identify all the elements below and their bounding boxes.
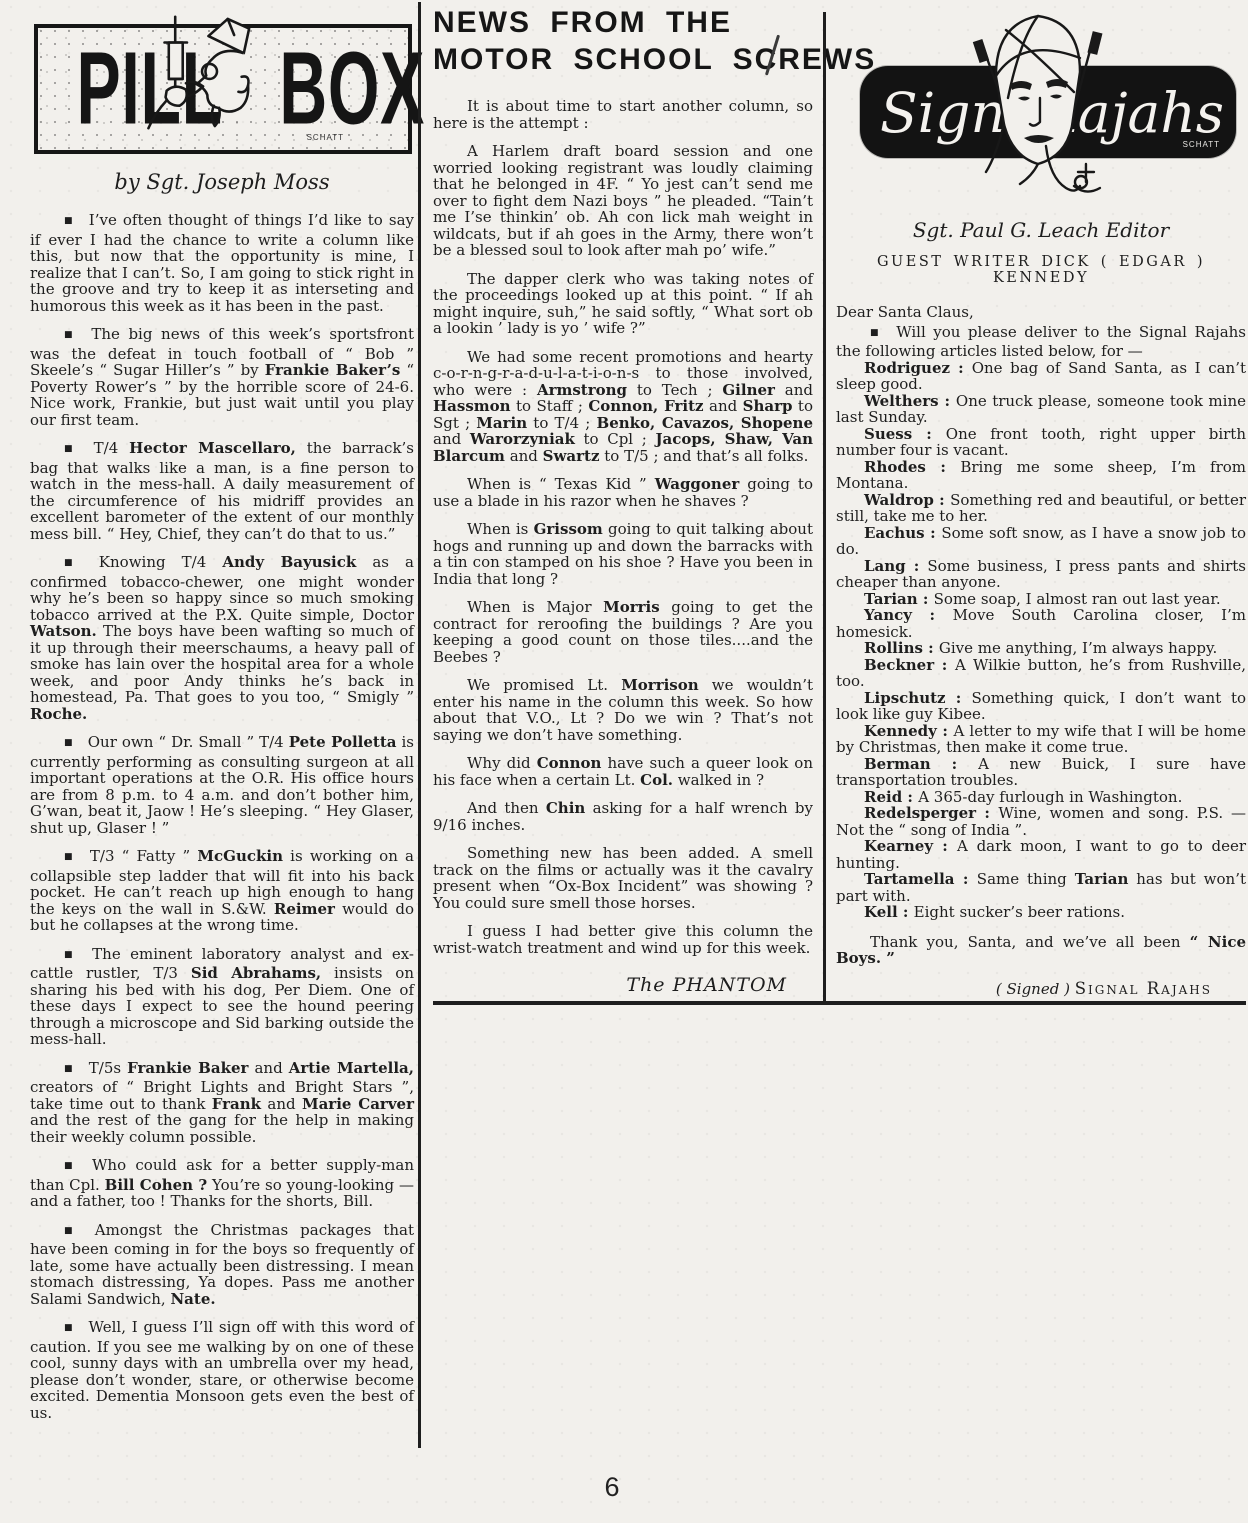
square-bullet: ■ (64, 1161, 77, 1171)
pill-box-paragraph: ■Knowing T/4 Andy Bayusick as a confirme… (30, 554, 414, 722)
wish-name: Welthers (864, 392, 939, 410)
wish-name: Tarian (864, 590, 918, 608)
wish-name: Lang (864, 557, 906, 575)
phantom-signature: The PHANTOM (433, 974, 813, 996)
motor-school-paragraph: I guess I had better give this column th… (433, 923, 813, 956)
artist-signature: Schatt (307, 133, 344, 142)
bottom-rule (433, 1001, 1246, 1005)
column-divider-left (418, 2, 421, 1448)
wish-separator: : (950, 359, 972, 377)
wish-name: Tartamella (864, 870, 955, 888)
paragraph-text: T/3 “ Fatty ” McGuckin is working on a c… (30, 847, 414, 934)
wish-name: Kell (864, 903, 898, 921)
paragraph-text: Amongst the Christmas packages that have… (30, 1221, 414, 1308)
guest-writer-line: GUEST WRITER DICK ( EDGAR ) KENNEDY (836, 254, 1246, 286)
wish-item: Tartamella : Same thing Tarian has but w… (836, 871, 1246, 904)
editor-byline: Sgt. Paul G. Leach Editor (836, 218, 1246, 242)
wish-name: Rhodes (864, 458, 926, 476)
paragraph-text: I guess I had better give this column th… (433, 922, 813, 957)
motor-school-paragraph-list: It is about time to start another column… (433, 98, 813, 956)
wish-name: Rodriguez (864, 359, 950, 377)
wish-name: Suess (864, 425, 912, 443)
closing-paragraph: Thank you, Santa, and we’ve all been “ N… (836, 934, 1246, 967)
wish-separator: : (939, 392, 956, 410)
wish-separator: : (898, 903, 914, 921)
wish-item: Kennedy : A letter to my wife that I wil… (836, 723, 1246, 756)
wish-separator: : (955, 870, 977, 888)
pill-box-paragraph: ■T/3 “ Fatty ” McGuckin is working on a … (30, 848, 414, 934)
paragraph-text: A Harlem draft board session and one wor… (433, 142, 813, 259)
paragraph-text: The big news of this week’s sportsfront … (30, 325, 414, 429)
wish-item: Tarian : Some soap, I almost ran out las… (836, 591, 1246, 608)
salutation: Dear Santa Claus, (836, 304, 1246, 321)
column-divider-right (823, 12, 826, 1002)
wish-text: Give me anything, I’m always happy. (939, 639, 1217, 657)
wish-separator: : (931, 755, 979, 773)
wish-name: Yancy (864, 606, 912, 624)
wish-name: Eachus (864, 524, 925, 542)
paragraph-text: It is about time to start another column… (433, 97, 813, 132)
pill-box-column: PILL BOX Schatt (30, 0, 414, 1433)
wish-separator: : (934, 491, 950, 509)
wish-item: Rodriguez : One bag of Sand Santa, as I … (836, 360, 1246, 393)
motor-school-paragraph: When is Major Morris going to get the co… (433, 599, 813, 665)
wish-item: Suess : One front tooth, right upper bir… (836, 426, 1246, 459)
wish-text: Some soap, I almost ran out last year. (934, 590, 1221, 608)
paragraph-text: Something new has been added. A smell tr… (433, 844, 813, 912)
wish-separator: : (933, 837, 957, 855)
wish-separator: : (946, 689, 972, 707)
newsletter-page: PILL BOX Schatt (0, 0, 1248, 1523)
wish-separator: : (925, 524, 942, 542)
motor-school-paragraph: Why did Connon have such a queer look on… (433, 755, 813, 788)
medic-with-syringe-illustration (142, 14, 292, 150)
square-bullet: ■ (870, 328, 881, 338)
wish-name: Berman (864, 755, 931, 773)
wish-item: Beckner : A Wilkie button, he’s from Rus… (836, 657, 1246, 690)
motor-school-paragraph: The dapper clerk who was taking notes of… (433, 271, 813, 337)
pill-box-paragraph: ■T/5s Frankie Baker and Artie Martella, … (30, 1060, 414, 1146)
signal-rajahs-banner: Signal Rajahs Schatt (836, 4, 1246, 208)
square-bullet: ■ (64, 738, 73, 748)
wish-item: Redelsperger : Wine, women and song. P.S… (836, 805, 1246, 838)
wish-item: Waldrop : Something red and beautiful, o… (836, 492, 1246, 525)
wish-item: Lipschutz : Something quick, I don’t wan… (836, 690, 1246, 723)
square-bullet: ■ (64, 852, 75, 862)
wish-name: Beckner (864, 656, 934, 674)
motor-school-title: NEWS FROM THE MOTOR SCHOOL SCREWS (433, 4, 813, 78)
intro-paragraph: ■Will you please deliver to the Signal R… (836, 324, 1246, 360)
pill-box-paragraph: ■Amongst the Christmas packages that hav… (30, 1222, 414, 1308)
wish-separator: : (976, 804, 998, 822)
paragraph-text: Who could ask for a better supply-man th… (30, 1156, 414, 1210)
signed-label: ( Signed ) (996, 980, 1070, 998)
pill-box-byline: by Sgt. Joseph Moss (30, 170, 414, 194)
intro-text: Will you please deliver to the Signal Ra… (836, 323, 1246, 361)
wish-name: Kearney (864, 837, 933, 855)
motor-school-paragraph: When is “ Texas Kid ” Waggoner going to … (433, 476, 813, 509)
pill-box-paragraph: ■Who could ask for a better supply-man t… (30, 1157, 414, 1210)
wish-item: Reid : A 365-day furlough in Washington. (836, 789, 1246, 806)
wish-separator: : (906, 557, 928, 575)
pill-box-paragraph: ■The eminent laboratory analyst and ex-c… (30, 946, 414, 1048)
pill-box-paragraph: ■The big news of this week’s sportsfront… (30, 326, 414, 428)
square-bullet: ■ (64, 558, 84, 568)
square-bullet: ■ (64, 1064, 74, 1074)
square-bullet: ■ (64, 950, 77, 960)
pill-box-banner: PILL BOX Schatt (34, 24, 412, 154)
wish-item: Welthers : One truck please, someone too… (836, 393, 1246, 426)
wish-separator: : (923, 639, 939, 657)
signal-rajahs-column: Signal Rajahs Schatt (836, 0, 1246, 998)
wish-separator: : (912, 606, 953, 624)
wish-name: Kennedy (864, 722, 937, 740)
paragraph-text: We had some recent promotions and hearty… (433, 348, 813, 465)
wish-separator: : (902, 788, 918, 806)
paragraph-text: The dapper clerk who was taking notes of… (433, 270, 813, 338)
wish-text: Eight sucker’s beer rations. (914, 903, 1125, 921)
pill-box-paragraph: ■Well, I guess I’ll sign off with this w… (30, 1319, 414, 1421)
pill-box-title-right: BOX (280, 37, 426, 140)
motor-school-paragraph: We promised Lt. Morrison we wouldn’t ent… (433, 677, 813, 743)
wish-item: Berman : A new Buick, I sure have transp… (836, 756, 1246, 789)
motor-school-paragraph: A Harlem draft board session and one wor… (433, 143, 813, 259)
wish-item: Eachus : Some soft snow, as I have a sno… (836, 525, 1246, 558)
wish-item: Lang : Some business, I press pants and … (836, 558, 1246, 591)
motor-school-column: NEWS FROM THE MOTOR SCHOOL SCREWS It is … (433, 0, 813, 996)
page-number: 6 (0, 1472, 1224, 1503)
pill-box-paragraph: ■I’ve often thought of things I’d like t… (30, 212, 414, 314)
wish-item: Kell : Eight sucker’s beer rations. (836, 904, 1246, 921)
wish-separator: : (937, 722, 954, 740)
wish-item: Kearney : A dark moon, I want to go to d… (836, 838, 1246, 871)
square-bullet: ■ (64, 1323, 74, 1333)
wish-text: A 365-day furlough in Washington. (918, 788, 1182, 806)
motor-school-paragraph: Something new has been added. A smell tr… (433, 845, 813, 911)
square-bullet: ■ (64, 444, 79, 454)
pill-box-paragraph-list: ■I’ve often thought of things I’d like t… (30, 212, 414, 1421)
paragraph-text: When is Major Morris going to get the co… (433, 598, 813, 666)
square-bullet: ■ (64, 1226, 80, 1236)
paragraph-text: Knowing T/4 Andy Bayusick as a confirmed… (30, 553, 414, 723)
wish-separator: : (934, 656, 955, 674)
paragraph-text: T/4 Hector Mascellaro, the barrack’s bag… (30, 439, 414, 543)
santa-wish-list: Rodriguez : One bag of Sand Santa, as I … (836, 360, 1246, 921)
artist-signature: Schatt (1183, 140, 1220, 149)
motor-school-paragraph: And then Chin asking for a half wrench b… (433, 800, 813, 833)
wish-item: Rhodes : Bring me some sheep, I’m from M… (836, 459, 1246, 492)
wish-item: Rollins : Give me anything, I’m always h… (836, 640, 1246, 657)
wish-name: Waldrop (864, 491, 934, 509)
wish-item: Yancy : Move South Carolina closer, I’m … (836, 607, 1246, 640)
signed-line: ( Signed ) Signal Rajahs (836, 979, 1246, 998)
square-bullet: ■ (64, 216, 74, 226)
motor-school-title-line1: NEWS FROM THE (433, 4, 813, 41)
wish-name: Redelsperger (864, 804, 976, 822)
paragraph-text: I’ve often thought of things I’d like to… (30, 211, 414, 315)
rajah-turban-face-illustration (962, 6, 1114, 214)
square-bullet: ■ (64, 330, 76, 340)
wish-name: Reid (864, 788, 902, 806)
motor-school-paragraph: We had some recent promotions and hearty… (433, 349, 813, 465)
motor-school-title-line2: MOTOR SCHOOL SCREWS (433, 41, 813, 78)
paragraph-text: Why did Connon have such a queer look on… (433, 754, 813, 789)
paragraph-text: And then Chin asking for a half wrench b… (433, 799, 813, 834)
paragraph-text: The eminent laboratory analyst and ex-ca… (30, 945, 414, 1049)
wish-separator: : (926, 458, 960, 476)
paragraph-text: T/5s Frankie Baker and Artie Martella, c… (30, 1059, 414, 1146)
pill-box-paragraph: ■Our own “ Dr. Small ” T/4 Pete Polletta… (30, 734, 414, 836)
wish-separator: : (912, 425, 946, 443)
wish-name: Lipschutz (864, 689, 946, 707)
motor-school-paragraph: It is about time to start another column… (433, 98, 813, 131)
paragraph-text: Well, I guess I’ll sign off with this wo… (30, 1318, 414, 1422)
paragraph-text: When is Grissom going to quit talking ab… (433, 520, 813, 588)
paragraph-text: When is “ Texas Kid ” Waggoner going to … (433, 475, 813, 510)
motor-school-paragraph: When is Grissom going to quit talking ab… (433, 521, 813, 587)
pill-box-paragraph: ■T/4 Hector Mascellaro, the barrack’s ba… (30, 440, 414, 542)
paragraph-text: Our own “ Dr. Small ” T/4 Pete Polletta … (30, 733, 414, 837)
wish-separator: : (918, 590, 934, 608)
wish-name: Rollins (864, 639, 923, 657)
signed-name: Signal Rajahs (1075, 979, 1212, 998)
paragraph-text: We promised Lt. Morrison we wouldn’t ent… (433, 676, 813, 744)
